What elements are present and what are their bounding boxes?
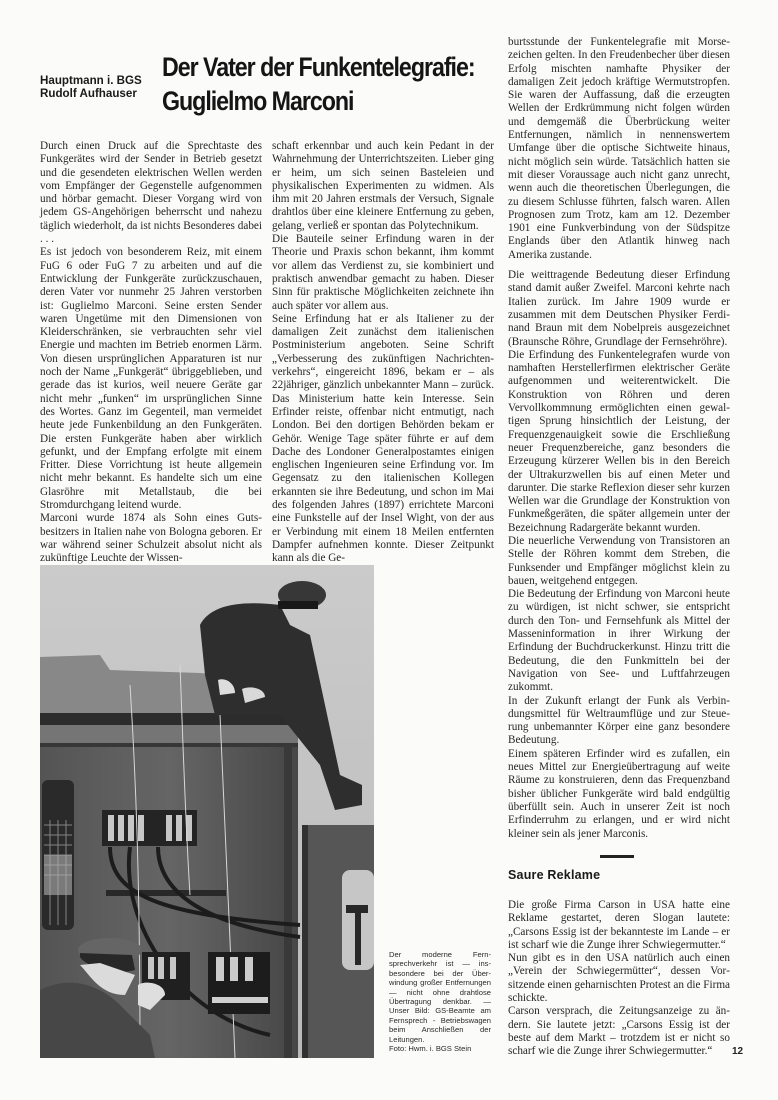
paragraph: Die große Firma Carson in USA hatte eine… — [508, 899, 730, 952]
author-rank: Hauptmann i. BGS — [40, 74, 165, 87]
section-divider — [600, 855, 634, 858]
author-name: Rudolf Aufhauser — [40, 87, 165, 100]
paragraph: Durch einen Druck auf die Sprechtaste de… — [40, 140, 262, 246]
paragraph: Die Bedeutung der Erfindung von Marconi … — [508, 588, 730, 694]
photo-credit: Foto: Hwm. i. BGS Stein — [389, 1044, 491, 1053]
paragraph: Carson versprach, die Zeitungsanzeige zu… — [508, 1005, 730, 1058]
headline-line-2: Guglielmo Marconi — [162, 84, 454, 118]
photo-image — [40, 565, 374, 1058]
paragraph: burtsstunde der Funkentelegrafie mit Mor… — [508, 36, 730, 262]
caption-text: Der moderne Fern­sprechverkehr ist — ins… — [389, 950, 491, 1044]
photo-caption: Der moderne Fern­sprechverkehr ist — ins… — [389, 950, 491, 1053]
sidebar-article-body: Die große Firma Carson in USA hatte eine… — [508, 899, 730, 1059]
paragraph: Es ist jedoch von besonderem Reiz, mit e… — [40, 246, 262, 512]
author-byline: Hauptmann i. BGS Rudolf Aufhauser — [40, 74, 165, 100]
paragraph: Marconi wurde 1874 als Sohn eines Guts­b… — [40, 512, 262, 565]
paragraph: schaft erkennbar und auch kein Pedant in… — [272, 140, 494, 233]
paragraph: Die neuerliche Verwendung von Transistor… — [508, 535, 730, 588]
sidebar-article-title: Saure Reklame — [508, 868, 600, 882]
article-photo — [40, 565, 374, 1058]
page-number: 12 — [732, 1046, 743, 1057]
paragraph: Seine Erfindung hat er als Italiener zu … — [272, 313, 494, 566]
paragraph: Die Erfindung des Funkentelegrafen wurde… — [508, 349, 730, 535]
paragraph: Nun gibt es in den USA natürlich auch ei… — [508, 952, 730, 1005]
headline-line-1: Der Vater der Funkentelegrafie: — [162, 50, 454, 84]
paragraph: Einem späteren Erfinder wird es zufallen… — [508, 748, 730, 841]
paragraph: In der Zukunft erlangt der Funk als Verb… — [508, 695, 730, 748]
paragraph: Die Bauteile seiner Erfindung waren in d… — [272, 233, 494, 313]
article-column-2: schaft erkennbar und auch kein Pedant in… — [272, 140, 494, 566]
article-headline: Der Vater der Funkentelegrafie: Guglielm… — [162, 50, 454, 118]
article-column-1: Durch einen Druck auf die Sprechtaste de… — [40, 140, 262, 566]
article-column-3: burtsstunde der Funkentelegrafie mit Mor… — [508, 36, 730, 841]
paragraph: Die weittragende Bedeutung dieser Erfind… — [508, 269, 730, 349]
